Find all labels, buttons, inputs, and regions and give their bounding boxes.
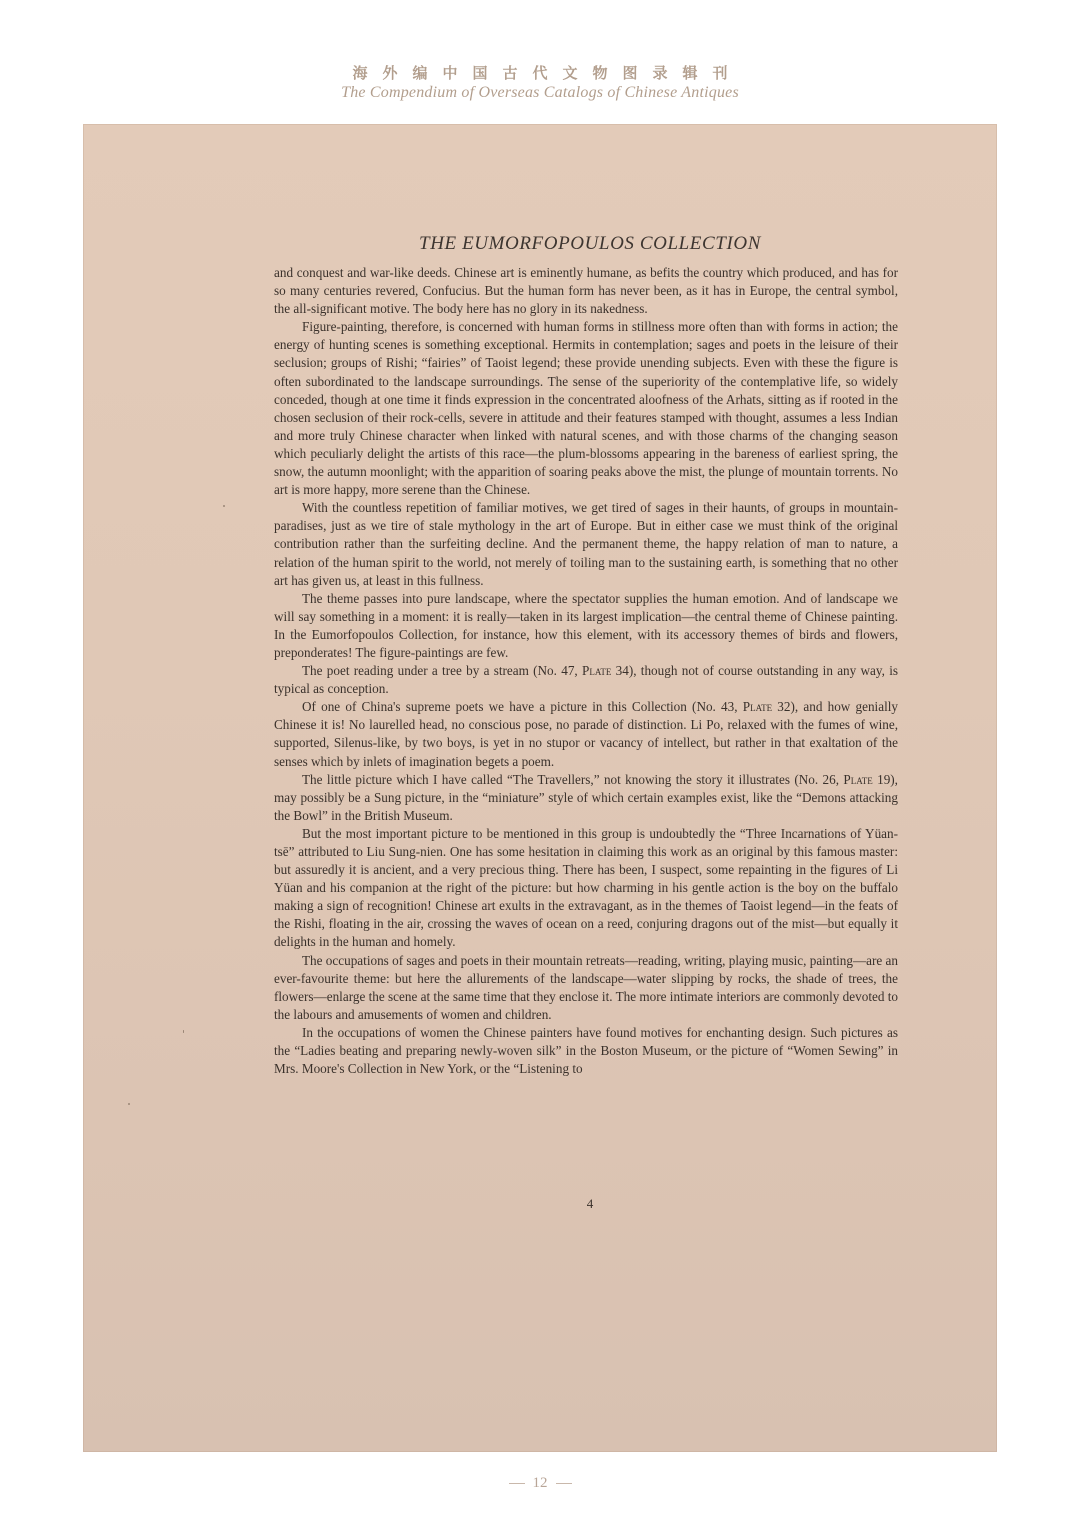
series-header: 海外编中国古代文物图录辑刊 The Compendium of Overseas… (0, 62, 1080, 102)
series-title-english: The Compendium of Overseas Catalogs of C… (0, 84, 1080, 102)
scan-speck (183, 1030, 184, 1033)
dash-right (556, 1483, 572, 1484)
paragraph: But the most important picture to be men… (274, 825, 898, 952)
paragraph: In the occupations of women the Chinese … (274, 1024, 898, 1078)
paragraph: The poet reading under a tree by a strea… (274, 662, 898, 698)
dash-left (509, 1483, 525, 1484)
scan-speck (223, 505, 225, 507)
paragraph: The little picture which I have called “… (274, 771, 898, 825)
paragraph: The theme passes into pure landscape, wh… (274, 590, 898, 662)
footer-page-number-text: 12 (533, 1475, 548, 1491)
plate-label: Plate (582, 663, 611, 678)
paragraph: Figure-painting, therefore, is concerned… (274, 318, 898, 499)
body-text: and conquest and war-like deeds. Chinese… (274, 264, 898, 1078)
paragraph: and conquest and war-like deeds. Chinese… (274, 264, 898, 318)
series-title-chinese: 海外编中国古代文物图录辑刊 (0, 62, 1080, 84)
scan-speck (128, 1103, 130, 1105)
plate-label: Plate (843, 772, 872, 787)
paragraph: With the countless repetition of familia… (274, 499, 898, 589)
plate-label: Plate (743, 699, 772, 714)
paragraph: Of one of China's supreme poets we have … (274, 698, 898, 770)
footer-page-number: 12 (0, 1475, 1080, 1492)
page-folio: 4 (270, 1196, 910, 1212)
running-head: THE EUMORFOPOULOS COLLECTION (270, 233, 910, 255)
paragraph: The occupations of sages and poets in th… (274, 952, 898, 1024)
